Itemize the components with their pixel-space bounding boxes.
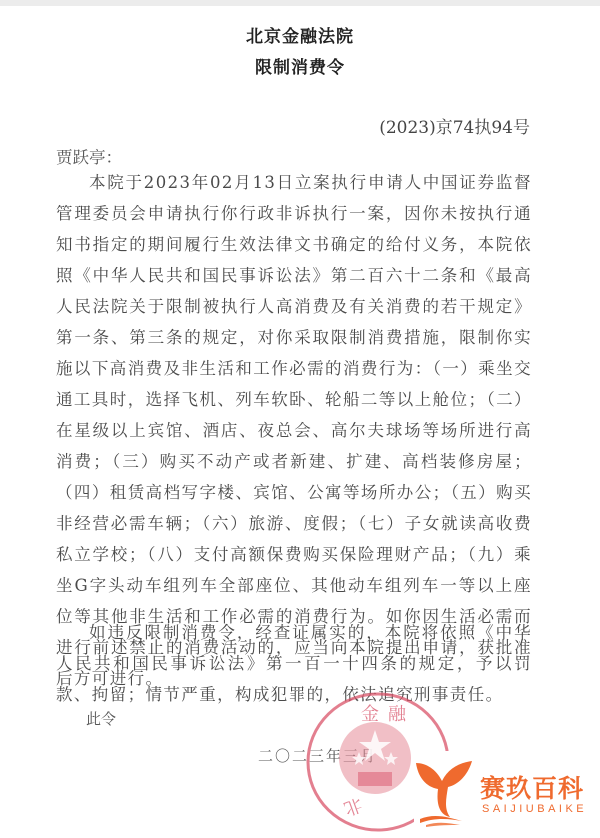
watermark-name-cn: 赛玖百科 [480,769,584,805]
body-paragraph-penalty: 如违反限制消费令，经查证属实的，本院将依照《中华人民共和国民事诉讼法》第一百一十… [56,617,532,710]
case-number: (2023)京74执94号 [379,113,530,138]
body-paragraph-main: 本院于2023年02月13日立案执行申请人中国证券监督管理委员会申请执行你行政非… [56,167,532,694]
whale-tail-icon [414,755,476,827]
top-border-strip [0,0,600,6]
watermark-logo: 赛玖百科 SAIJIUBAIKE [414,751,600,838]
court-name: 北京金融法院 [0,22,600,47]
watermark-name-en: SAIJIUBAIKE [482,803,587,815]
svg-text:北: 北 [341,793,365,819]
closing-text: 此令 [86,708,116,729]
document-title: 限制消费令 [0,53,600,78]
svg-text:金: 金 [361,704,379,725]
svg-text:融: 融 [388,704,407,725]
addressee: 贾跃亭： [56,144,122,168]
